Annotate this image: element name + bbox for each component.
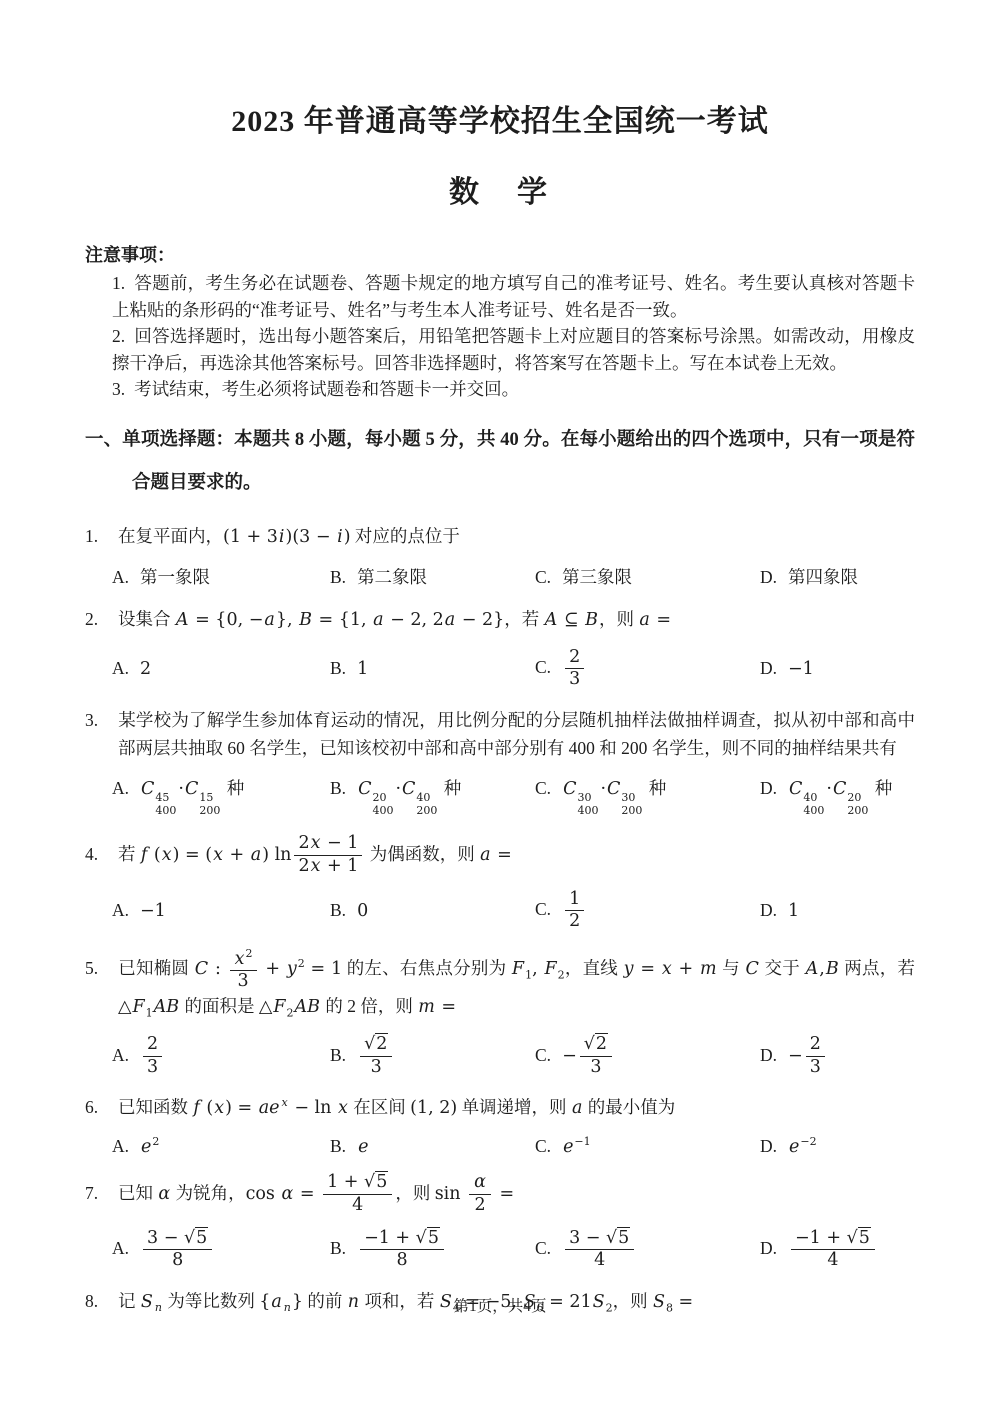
option-label: B. xyxy=(330,1238,346,1258)
option-a: A.C45400·C15200 种 xyxy=(112,775,330,818)
section-one-heading: 一、单项选择题：本题共 8 小题，每小题 5 分，共 40 分。在每小题给出的四… xyxy=(85,419,915,506)
notice-item-2: 2.回答选择题时，选出每小题答案后，用铅笔把答题卡上对应题目的答案标号涂黑。如需… xyxy=(112,323,915,376)
option-label: D. xyxy=(760,658,777,678)
option-d: D.1 xyxy=(760,900,915,921)
question-3: 3.某学校为了解学生参加体育运动的情况，用比例分配的分层随机抽样法做抽样调查，拟… xyxy=(85,706,915,763)
option-label: D. xyxy=(760,1136,777,1156)
option-c: C.C30400·C30200 种 xyxy=(535,775,760,818)
notice-item-number: 2. xyxy=(112,326,125,346)
option-value: −1 xyxy=(140,900,166,920)
question-6: 6.已知函数 f (x) = aex − ln x 在区间 (1, 2) 单调递… xyxy=(85,1093,915,1122)
notice-item-text: 考试结束，考生必须将试题卷和答题卡一并交回。 xyxy=(134,379,519,399)
option-label: B. xyxy=(330,658,346,678)
question-2: 2.设集合 A = {0, −a}, B = {1, a − 2, 2a − 2… xyxy=(85,605,915,634)
option-value: 1 xyxy=(788,900,799,920)
question-2-options: A.2 B.1 C.23 D.−1 xyxy=(112,648,915,690)
option-b: B.C20400·C40200 种 xyxy=(330,775,535,818)
question-5: 5.已知椭圆 C : x23 + y2 = 1 的左、右焦点分别为 F1, F2… xyxy=(85,948,915,1022)
option-value: 2 xyxy=(140,658,151,678)
question-stem: 已知函数 f (x) = aex − ln x 在区间 (1, 2) 单调递增，… xyxy=(118,1097,675,1117)
question-1-options: A.第一象限 B.第二象限 C.第三象限 D.第四象限 xyxy=(112,564,915,589)
question-number: 3. xyxy=(85,706,118,734)
option-d: D.−23 xyxy=(760,1035,915,1077)
question-number: 4. xyxy=(85,840,118,868)
option-b: B.第二象限 xyxy=(330,564,535,589)
option-value: e xyxy=(357,1136,369,1156)
notice-list: 1.答题前，考生务必在试题卷、答题卡规定的地方填写自己的准考证号、姓名。考生要认… xyxy=(85,270,915,403)
option-value: √23 xyxy=(357,1045,395,1065)
option-value: 第二象限 xyxy=(357,567,427,587)
option-b: B.−1 + √58 xyxy=(330,1229,535,1271)
option-d: D.C40400·C20200 种 xyxy=(760,775,915,818)
option-c: C.23 xyxy=(535,648,760,690)
option-value: −23 xyxy=(788,1045,828,1065)
option-b: B.e xyxy=(330,1136,535,1157)
option-d: D.−1 + √54 xyxy=(760,1229,915,1271)
option-value: 3 − √54 xyxy=(562,1238,637,1258)
option-b: B.1 xyxy=(330,658,535,679)
question-4: 4.若 f (x) = (x + a) ln2x − 12x + 1 为偶函数，… xyxy=(85,834,915,876)
option-d: D.第四象限 xyxy=(760,564,915,589)
option-label: A. xyxy=(112,778,129,798)
notice-item-text: 回答选择题时，选出每小题答案后，用铅笔把答题卡上对应题目的答案标号涂黑。如需改动… xyxy=(112,326,915,373)
option-label: D. xyxy=(760,567,777,587)
option-value: C40400·C20200 种 xyxy=(788,778,892,798)
question-stem: 某学校为了解学生参加体育运动的情况，用比例分配的分层随机抽样法做抽样调查，拟从初… xyxy=(118,710,915,758)
option-value: −1 + √54 xyxy=(788,1238,878,1258)
option-c: C.−√23 xyxy=(535,1035,760,1077)
question-stem: 若 f (x) = (x + a) ln2x − 12x + 1 为偶函数，则 … xyxy=(118,844,512,864)
option-label: A. xyxy=(112,1136,129,1156)
option-value: −√23 xyxy=(562,1045,615,1065)
option-value: 12 xyxy=(562,899,587,919)
option-label: B. xyxy=(330,1136,346,1156)
option-value: e2 xyxy=(140,1136,159,1156)
option-label: C. xyxy=(535,899,551,919)
option-value: e−2 xyxy=(788,1136,817,1156)
question-4-options: A.−1 B.0 C.12 D.1 xyxy=(112,890,915,932)
question-stem: 已知椭圆 C : x23 + y2 = 1 的左、右焦点分别为 F1, F2，直… xyxy=(118,958,915,1016)
option-label: B. xyxy=(330,900,346,920)
question-number: 6. xyxy=(85,1093,118,1121)
question-stem: 设集合 A = {0, −a}, B = {1, a − 2, 2a − 2}，… xyxy=(118,609,671,629)
option-b: B.0 xyxy=(330,900,535,921)
option-a: A.e2 xyxy=(112,1136,330,1158)
option-label: C. xyxy=(535,1045,551,1065)
option-a: A.23 xyxy=(112,1035,330,1077)
option-value: C45400·C15200 种 xyxy=(140,778,244,798)
notice-heading: 注意事项： xyxy=(85,241,915,267)
exam-page: 2023 年普通高等学校招生全国统一考试 数 学 注意事项： 1.答题前，考生务… xyxy=(0,0,1000,1317)
option-a: A.−1 xyxy=(112,900,330,921)
question-6-options: A.e2 B.e C.e−1 D.e−2 xyxy=(112,1136,915,1158)
notice-item-3: 3.考试结束，考生必须将试题卷和答题卡一并交回。 xyxy=(112,376,915,403)
question-number: 1. xyxy=(85,522,118,550)
question-7: 7.已知 α 为锐角，cos α = 1 + √54，则 sin α2 = xyxy=(85,1173,915,1215)
option-label: A. xyxy=(112,567,129,587)
option-label: D. xyxy=(760,1238,777,1258)
option-d: D.e−2 xyxy=(760,1136,915,1158)
option-label: D. xyxy=(760,778,777,798)
option-value: 3 − √58 xyxy=(140,1238,215,1258)
option-label: C. xyxy=(535,567,551,587)
option-value: −1 + √58 xyxy=(357,1238,447,1258)
option-label: A. xyxy=(112,658,129,678)
option-a: A.2 xyxy=(112,658,330,679)
question-stem: 在复平面内，(1 + 3i)(3 − i) 对应的点位于 xyxy=(118,526,460,546)
option-label: D. xyxy=(760,900,777,920)
option-a: A.3 − √58 xyxy=(112,1229,330,1271)
option-a: A.第一象限 xyxy=(112,564,330,589)
option-b: B.√23 xyxy=(330,1035,535,1077)
question-number: 2. xyxy=(85,605,118,633)
question-number: 7. xyxy=(85,1179,118,1207)
option-label: C. xyxy=(535,1238,551,1258)
option-value: 第三象限 xyxy=(562,567,632,587)
option-value: e−1 xyxy=(562,1136,591,1156)
option-label: A. xyxy=(112,1045,129,1065)
notice-item-number: 1. xyxy=(112,273,125,293)
option-d: D.−1 xyxy=(760,658,915,679)
option-value: 1 xyxy=(357,658,368,678)
option-label: D. xyxy=(760,1045,777,1065)
option-label: C. xyxy=(535,778,551,798)
option-c: C.e−1 xyxy=(535,1136,760,1158)
option-label: C. xyxy=(535,657,551,677)
option-value: 23 xyxy=(562,657,587,677)
option-value: −1 xyxy=(788,658,814,678)
option-value: C30400·C30200 种 xyxy=(562,778,666,798)
question-3-options: A.C45400·C15200 种 B.C20400·C40200 种 C.C3… xyxy=(112,775,915,818)
question-5-options: A.23 B.√23 C.−√23 D.−23 xyxy=(112,1035,915,1077)
question-stem: 已知 α 为锐角，cos α = 1 + √54，则 sin α2 = xyxy=(118,1183,514,1203)
option-value: 0 xyxy=(357,900,368,920)
question-number: 5. xyxy=(85,954,118,982)
option-label: B. xyxy=(330,567,346,587)
option-c: C.12 xyxy=(535,890,760,932)
option-label: A. xyxy=(112,900,129,920)
option-value: 第四象限 xyxy=(788,567,858,587)
notice-item-text: 答题前，考生务必在试题卷、答题卡规定的地方填写自己的准考证号、姓名。考生要认真核… xyxy=(112,273,915,320)
exam-subject: 数 学 xyxy=(85,167,915,211)
option-c: C.3 − √54 xyxy=(535,1229,760,1271)
option-c: C.第三象限 xyxy=(535,564,760,589)
option-value: C20400·C40200 种 xyxy=(357,778,461,798)
notice-item-number: 3. xyxy=(112,379,125,399)
option-value: 第一象限 xyxy=(140,567,210,587)
question-7-options: A.3 − √58 B.−1 + √58 C.3 − √54 D.−1 + √5… xyxy=(112,1229,915,1271)
question-1: 1.在复平面内，(1 + 3i)(3 − i) 对应的点位于 xyxy=(85,522,915,551)
notice-item-1: 1.答题前，考生务必在试题卷、答题卡规定的地方填写自己的准考证号、姓名。考生要认… xyxy=(112,270,915,323)
option-label: B. xyxy=(330,778,346,798)
option-label: C. xyxy=(535,1136,551,1156)
exam-title: 2023 年普通高等学校招生全国统一考试 xyxy=(85,96,915,140)
option-value: 23 xyxy=(140,1045,165,1065)
page-footer: 第1页，共4页 xyxy=(0,1294,1000,1316)
option-label: A. xyxy=(112,1238,129,1258)
option-label: B. xyxy=(330,1045,346,1065)
notice-section: 注意事项： 1.答题前，考生务必在试题卷、答题卡规定的地方填写自己的准考证号、姓… xyxy=(85,241,915,403)
